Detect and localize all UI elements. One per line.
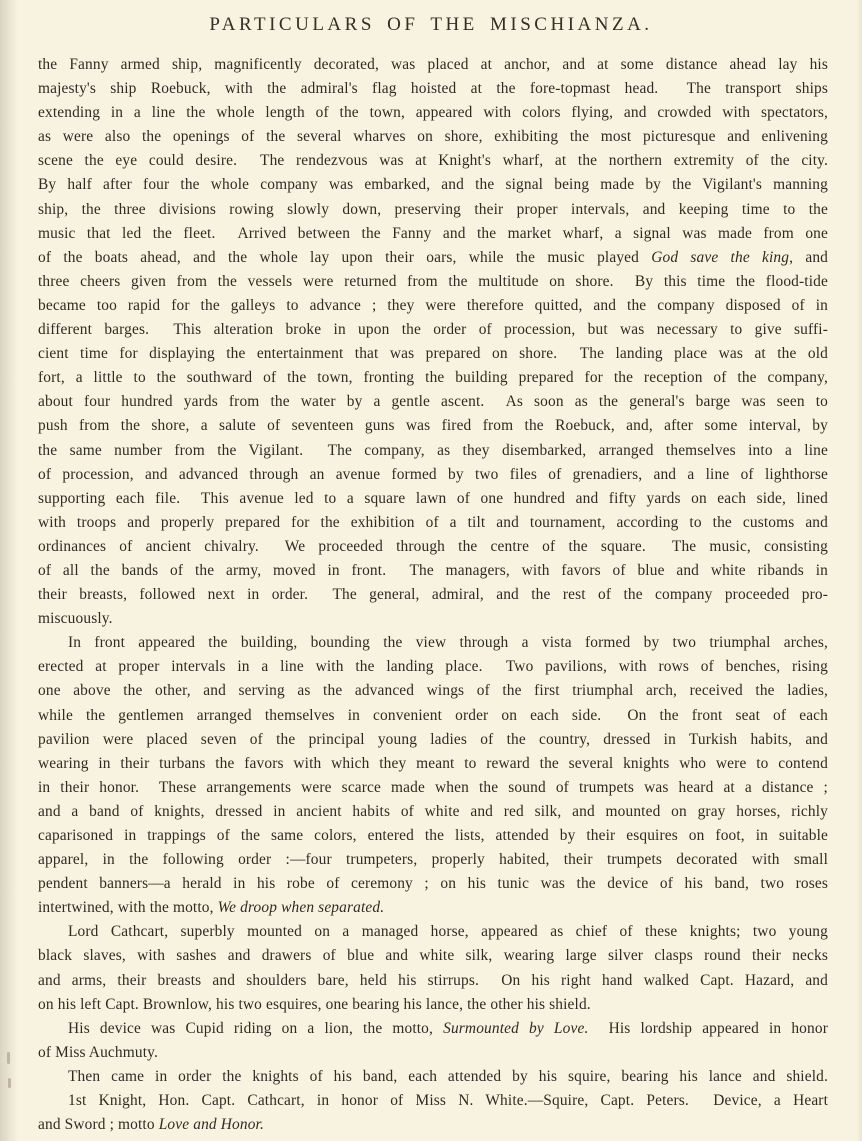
text-run: pavilion were placed seven of the princi… [38,731,828,748]
italic-phrase: God save the king [651,249,789,266]
paragraph: 1st Knight, Hon. Capt. Cathcart, in hono… [38,1089,828,1137]
text-line: extending in a line the whole length of … [38,101,828,125]
text-line: music that led the fleet. Arrived betwee… [38,222,828,246]
print-artifact [7,1052,10,1064]
text-line: caparisoned in trappings of the same col… [38,824,828,848]
text-line: majesty's ship Roebuck, with the admiral… [38,77,828,101]
text-run: pendent banners—a herald in his robe of … [38,875,828,892]
text-run: miscuously. [38,610,113,627]
text-line: ship, the three divisions rowing slowly … [38,198,828,222]
text-run: of all the bands of the army, moved in f… [38,562,828,579]
page-body: the Fanny armed ship, magnificently deco… [38,53,828,1137]
text-run: the same number from the Vigilant. The c… [38,442,828,459]
text-run: Then came in order the knights of his ba… [68,1068,828,1085]
text-line: as were also the openings of the several… [38,125,828,149]
text-line: three cheers given from the vessels were… [38,270,828,294]
text-run: one above the other, and serving as the … [38,682,828,699]
paragraph: the Fanny armed ship, magnificently deco… [38,53,828,631]
text-line: erected at proper intervals in a line wi… [38,655,828,679]
text-run: , and [789,249,828,266]
text-line: fort, a little to the southward of the t… [38,366,828,390]
text-run: supporting each file. This avenue led to… [38,490,828,507]
text-line: pavilion were placed seven of the princi… [38,728,828,752]
text-run: apparel, in the following order :—four t… [38,851,828,868]
text-line: apparel, in the following order :—four t… [38,848,828,872]
paragraph: Then came in order the knights of his ba… [38,1065,828,1089]
text-line: different barges. This alteration broke … [38,318,828,342]
text-run: wearing in their turbans the favors with… [38,755,828,772]
paragraph: Lord Cathcart, superbly mounted on a man… [38,920,828,1016]
text-run: push from the shore, a salute of sevente… [38,417,828,434]
text-line: wearing in their turbans the favors with… [38,752,828,776]
text-run: Lord Cathcart, superbly mounted on a man… [68,923,828,940]
text-run: By half after four the whole company was… [38,176,828,193]
text-line: and a band of knights, dressed in ancien… [38,800,828,824]
text-line: the same number from the Vigilant. The c… [38,439,828,463]
text-line: scene the eye could desire. The rendezvo… [38,149,828,173]
text-run: about four hundred yards from the water … [38,393,828,410]
text-run: black slaves, with sashes and drawers of… [38,947,828,964]
text-run: three cheers given from the vessels were… [38,273,828,290]
text-run: caparisoned in trappings of the same col… [38,827,828,844]
text-run: extending in a line the whole length of … [38,104,828,121]
text-run: of Miss Auchmuty. [38,1044,158,1061]
text-line: 1st Knight, Hon. Capt. Cathcart, in hono… [38,1089,828,1113]
text-run: as were also the openings of the several… [38,128,828,145]
text-run: scene the eye could desire. The rendezvo… [38,152,828,169]
text-run: His lordship appeared in honor [588,1020,828,1037]
text-line: ordinances of ancient chivalry. We proce… [38,535,828,559]
text-line: cient time for displaying the entertainm… [38,342,828,366]
paragraph: In front appeared the building, bounding… [38,631,828,920]
text-run: in their honor. These arrangements were … [38,779,828,796]
text-run: music that led the fleet. Arrived betwee… [38,225,828,242]
text-run: ordinances of ancient chivalry. We proce… [38,538,828,555]
text-line: pendent banners—a herald in his robe of … [38,872,828,896]
text-run: erected at proper intervals in a line wi… [38,658,828,675]
text-run: 1st Knight, Hon. Capt. Cathcart, in hono… [68,1092,828,1109]
paragraph: His device was Cupid riding on a lion, t… [38,1017,828,1065]
text-run: and arms, their breasts and shoulders ba… [38,972,828,989]
text-line: of Miss Auchmuty. [38,1041,828,1065]
text-line: of procession, and advanced through an a… [38,463,828,487]
text-run: while the gentlemen arranged themselves … [38,707,828,724]
text-line: push from the shore, a salute of sevente… [38,414,828,438]
text-line: in their honor. These arrangements were … [38,776,828,800]
text-run: of the boats ahead, and the whole lay up… [38,249,651,266]
italic-phrase: We droop when separated. [218,899,385,916]
italic-phrase: Surmounted by Love. [443,1020,588,1037]
text-run: different barges. This alteration broke … [38,321,828,338]
page-title: PARTICULARS OF THE MISCHIANZA. [0,0,862,36]
text-run: fort, a little to the southward of the t… [38,369,828,386]
text-line: miscuously. [38,607,828,631]
text-line: His device was Cupid riding on a lion, t… [38,1017,828,1041]
text-line: while the gentlemen arranged themselves … [38,704,828,728]
book-page: PARTICULARS OF THE MISCHIANZA. the Fanny… [0,0,862,1141]
text-line: black slaves, with sashes and drawers of… [38,944,828,968]
print-artifact [8,1078,11,1088]
text-run: their breasts, followed next in order. T… [38,586,828,603]
text-line: and arms, their breasts and shoulders ba… [38,969,828,993]
text-run: became too rapid for the galleys to adva… [38,297,828,314]
text-run: on his left Capt. Brownlow, his two esqu… [38,996,591,1013]
text-run: and a band of knights, dressed in ancien… [38,803,828,820]
text-line: Then came in order the knights of his ba… [38,1065,828,1089]
text-line: intertwined, with the motto, We droop wh… [38,896,828,920]
text-run: intertwined, with the motto, [38,899,218,916]
text-run: the Fanny armed ship, magnificently deco… [38,56,828,73]
text-line: of the boats ahead, and the whole lay up… [38,246,828,270]
text-line: supporting each file. This avenue led to… [38,487,828,511]
text-line: By half after four the whole company was… [38,173,828,197]
text-line: on his left Capt. Brownlow, his two esqu… [38,993,828,1017]
text-line: one above the other, and serving as the … [38,679,828,703]
text-line: Lord Cathcart, superbly mounted on a man… [38,920,828,944]
text-line: their breasts, followed next in order. T… [38,583,828,607]
text-run: of procession, and advanced through an a… [38,466,828,483]
italic-phrase: Love and Honor. [159,1116,264,1133]
text-line: of all the bands of the army, moved in f… [38,559,828,583]
text-line: and Sword ; motto Love and Honor. [38,1113,828,1137]
text-line: became too rapid for the galleys to adva… [38,294,828,318]
text-run: His device was Cupid riding on a lion, t… [68,1020,443,1037]
text-run: majesty's ship Roebuck, with the admiral… [38,80,828,97]
text-line: with troops and properly prepared for th… [38,511,828,535]
text-run: In front appeared the building, bounding… [68,634,828,651]
text-run: and Sword ; motto [38,1116,159,1133]
text-run: ship, the three divisions rowing slowly … [38,201,828,218]
text-run: with troops and properly prepared for th… [38,514,828,531]
text-run: cient time for displaying the entertainm… [38,345,828,362]
text-line: the Fanny armed ship, magnificently deco… [38,53,828,77]
text-line: about four hundred yards from the water … [38,390,828,414]
text-line: In front appeared the building, bounding… [38,631,828,655]
